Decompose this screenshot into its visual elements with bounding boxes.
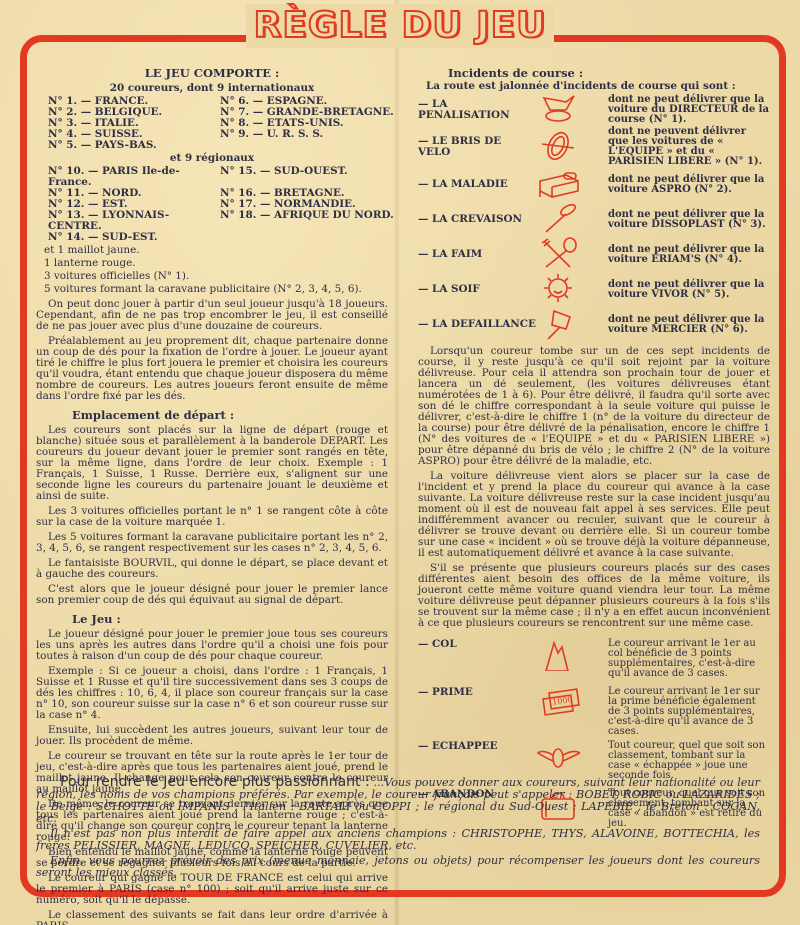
incident-row: — LE BRIS DE VELOdont ne peuvent délivre… bbox=[418, 127, 770, 167]
game-heading: Le Jeu : bbox=[72, 614, 388, 625]
incident-row: — LA SOIFdont ne peut délivrer que la vo… bbox=[418, 272, 770, 307]
paragraph: Les 5 voitures formant la caravane publi… bbox=[36, 532, 388, 554]
incident-row: — LA PENALISATIONdont ne peut délivrer q… bbox=[418, 92, 770, 127]
incident-label: — LA CREVAISON bbox=[418, 214, 536, 225]
rules-heading: LE JEU COMPORTE : bbox=[36, 68, 388, 79]
incident-text: dont ne peut délivrer que la voiture MER… bbox=[608, 315, 770, 335]
footer-p2: Il n'est pas non plus interdit de faire … bbox=[36, 828, 760, 852]
incident-rules-paragraphs: Lorsqu'un coureur tombe sur un de ces se… bbox=[418, 346, 770, 629]
incident-label: — ECHAPPEE bbox=[418, 741, 536, 752]
paragraph: Le fantaisiste BOURVIL, qui donne le dép… bbox=[36, 558, 388, 580]
svg-text:1000: 1000 bbox=[552, 695, 573, 707]
start-paragraphs: Les coureurs sont placés sur la ligne de… bbox=[36, 425, 388, 606]
incident-row: — COLLe coureur arrivant le 1er au col b… bbox=[418, 639, 770, 683]
sun-icon bbox=[536, 272, 608, 307]
footer-p3: Enfin, vous pourrez prévoir des prix (me… bbox=[36, 855, 760, 879]
team-entry: N° 5. — PAYS-BAS. bbox=[48, 140, 220, 151]
incident-text: dont ne peut délivrer que la voiture DIS… bbox=[608, 210, 770, 230]
incident-row: — LA MALADIEdont ne peut délivrer que la… bbox=[418, 167, 770, 202]
tire-icon bbox=[536, 130, 608, 165]
incident-label: — LA DEFAILLANCE bbox=[418, 319, 536, 330]
incident-label: — LE BRIS DE VELO bbox=[418, 136, 536, 158]
page-title: RÈGLE DU JEU bbox=[246, 4, 555, 48]
team-entry bbox=[220, 140, 400, 151]
paragraph: C'est alors que le joueur désigné pour j… bbox=[36, 584, 388, 606]
extra-item: 3 voitures officielles (N° 1). bbox=[44, 271, 388, 282]
extra-item: et 1 maillot jaune. bbox=[44, 245, 388, 256]
team-entry: N° 10. — PARIS Ile-de-France. bbox=[48, 166, 220, 188]
paragraph: Exemple : Si ce joueur a choisi, dans l'… bbox=[36, 666, 388, 721]
incidents-heading: Incidents de course : bbox=[448, 68, 770, 79]
paragraph: La voiture délivreuse vient alors se pla… bbox=[418, 471, 770, 559]
incident-label: — LA SOIF bbox=[418, 284, 536, 295]
title-bar: RÈGLE DU JEU bbox=[0, 4, 800, 48]
cap-icon bbox=[536, 92, 608, 127]
incident-text: dont ne peut délivrer que la voiture VIV… bbox=[608, 280, 770, 300]
incident-label: — PRIME bbox=[418, 687, 536, 698]
team-entry: N° 9. — U. R. S. S. bbox=[220, 129, 400, 140]
extra-item: 1 lanterne rouge. bbox=[44, 258, 388, 269]
riders-heading: 20 coureurs, dont 9 internationaux bbox=[36, 83, 388, 94]
incident-text: dont ne peut délivrer que la voiture ASP… bbox=[608, 175, 770, 195]
incident-text: dont ne peuvent délivrer que les voiture… bbox=[608, 127, 770, 167]
team-entry: N° 14. — SUD-EST. bbox=[48, 232, 220, 243]
incident-label: — LA MALADIE bbox=[418, 179, 536, 190]
broom-icon bbox=[536, 307, 608, 342]
regionals-heading: et 9 régionaux bbox=[36, 153, 388, 164]
paragraph: Les 3 voitures officielles portant le n°… bbox=[36, 506, 388, 528]
fork-spoon-icon bbox=[536, 237, 608, 272]
team-entry bbox=[220, 232, 400, 243]
regionals-list: N° 10. — PARIS Ile-de-France.N° 15. — SU… bbox=[48, 166, 388, 243]
paragraph: Les coureurs sont placés sur la ligne de… bbox=[36, 425, 388, 502]
start-heading: Emplacement de départ : bbox=[72, 410, 388, 421]
paragraph: Préalablement au jeu proprement dit, cha… bbox=[36, 336, 388, 402]
intro-paragraphs: On peut donc jouer à partir d'un seul jo… bbox=[36, 299, 388, 402]
right-column: Incidents de course : La route est jalon… bbox=[418, 68, 770, 833]
incidents-intro: La route est jalonnée d'incidents de cou… bbox=[426, 81, 770, 92]
tack-icon bbox=[536, 202, 608, 237]
paragraph: Le joueur désigné pour jouer le premier … bbox=[36, 629, 388, 662]
footer-tips: Pour rendre le Jeu encore plus passionna… bbox=[36, 773, 760, 879]
incidents-list: — LA PENALISATIONdont ne peut délivrer q… bbox=[418, 92, 770, 342]
extra-item: 5 voitures formant la caravane publicita… bbox=[44, 284, 388, 295]
mountain-icon bbox=[536, 639, 608, 674]
extras-list: et 1 maillot jaune.1 lanterne rouge.3 vo… bbox=[36, 245, 388, 295]
team-entry: N° 15. — SUD-OUEST. bbox=[220, 166, 400, 188]
paragraph: Ensuite, lui succèdent les autres joueur… bbox=[36, 725, 388, 747]
incident-row: — LA DEFAILLANCEdont ne peut délivrer qu… bbox=[418, 307, 770, 342]
incident-label: — COL bbox=[418, 639, 536, 650]
incident-row: — LA CREVAISONdont ne peut délivrer que … bbox=[418, 202, 770, 237]
paragraph: On peut donc jouer à partir d'un seul jo… bbox=[36, 299, 388, 332]
incident-text: Le coureur arrivant le 1er sur la prime … bbox=[608, 687, 770, 737]
incident-text: dont ne peut délivrer que la voiture du … bbox=[608, 95, 770, 125]
winged-wheel-icon bbox=[536, 741, 608, 776]
incident-text: Le coureur arrivant le 1er au col bénéfi… bbox=[608, 639, 770, 679]
internationals-list: N° 1. — FRANCE.N° 6. — ESPAGNE.N° 2. — B… bbox=[48, 96, 388, 151]
team-entry: N° 18. — AFRIQUE DU NORD. bbox=[220, 210, 400, 232]
incident-label: — LA PENALISATION bbox=[418, 99, 536, 121]
incident-text: dont ne peut délivrer que la voiture ERI… bbox=[608, 245, 770, 265]
incident-label: — LA FAIM bbox=[418, 249, 536, 260]
paragraph: Lorsqu'un coureur tombe sur un de ces se… bbox=[418, 346, 770, 467]
bed-icon bbox=[536, 167, 608, 202]
incident-row: — PRIME1000Le coureur arrivant le 1er su… bbox=[418, 687, 770, 737]
banknotes-icon: 1000 bbox=[536, 687, 608, 722]
paragraph: S'il se présente que plusieurs coureurs … bbox=[418, 563, 770, 629]
paragraph: Le classement des suivants se fait dans … bbox=[36, 910, 388, 925]
team-entry: N° 13. — LYONNAIS-CENTRE. bbox=[48, 210, 220, 232]
incident-row: — LA FAIMdont ne peut délivrer que la vo… bbox=[418, 237, 770, 272]
